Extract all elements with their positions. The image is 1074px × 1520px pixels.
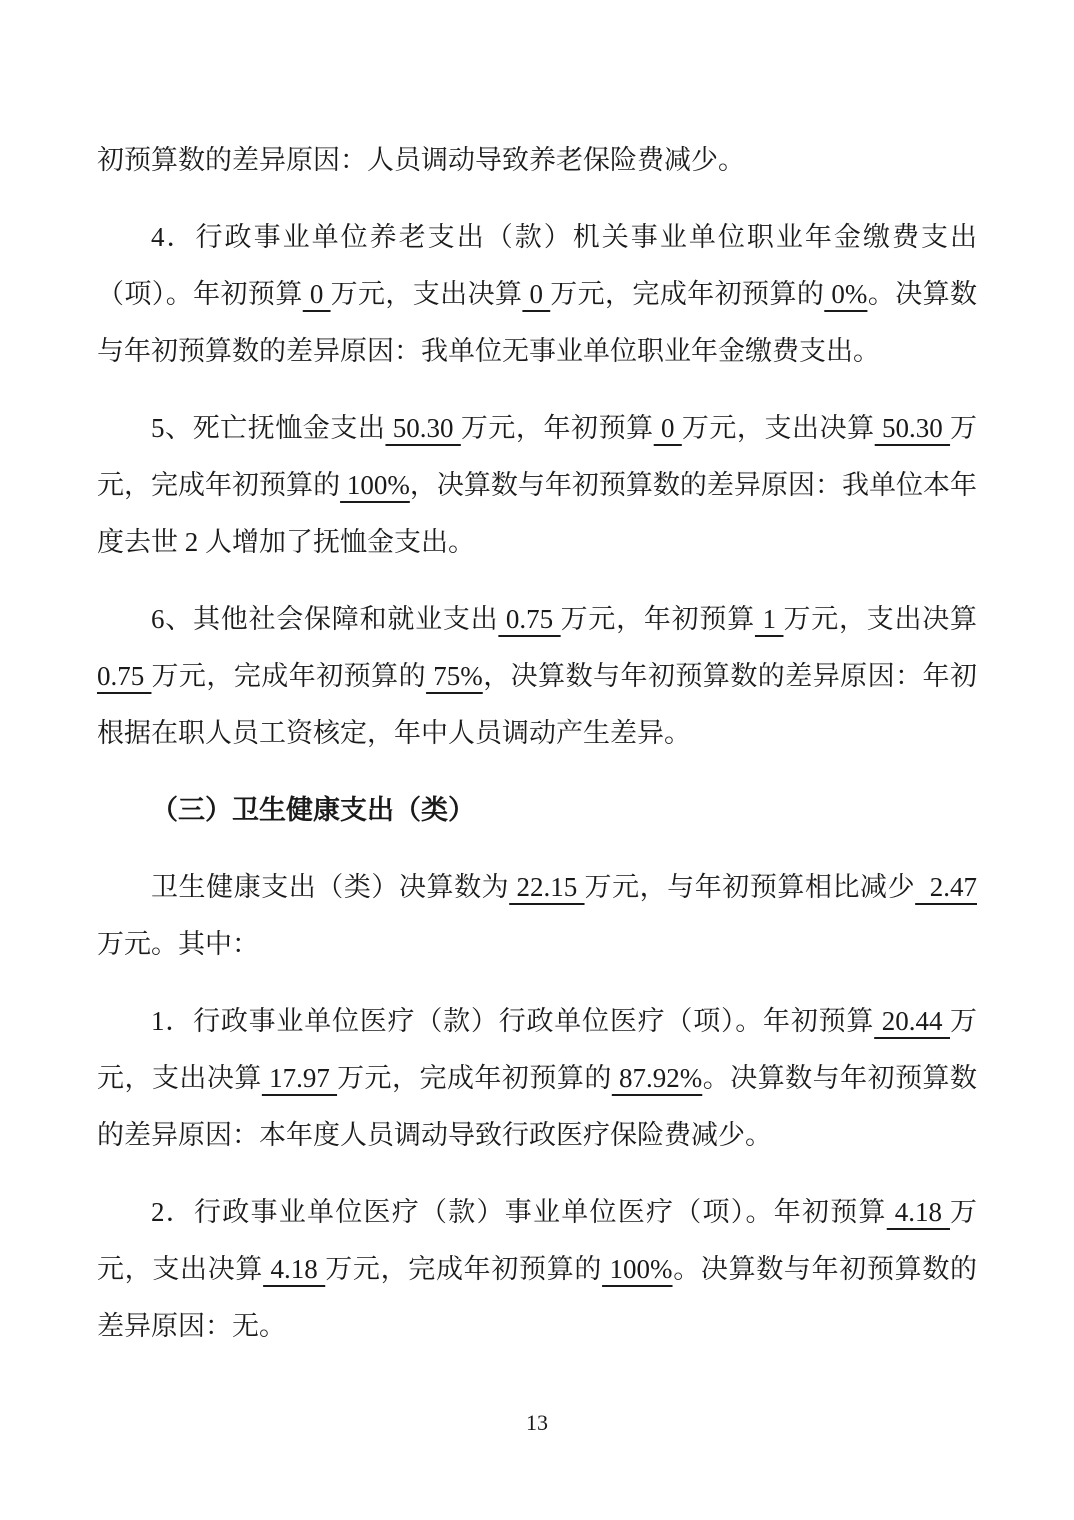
text-run: 万元，支出决算: [783, 604, 977, 634]
item-2-institution-unit-medical: 2．行政事业单位医疗（款）事业单位医疗（项）。年初预算 4.18 万元，支出决算…: [97, 1184, 977, 1355]
item-4-occupational-annuity: 4．行政事业单位养老支出（款）机关事业单位职业年金缴费支出（项）。年初预算 0 …: [97, 209, 977, 380]
underlined-value: 100%: [602, 1254, 672, 1284]
text-run: 5、死亡抚恤金支出: [151, 413, 385, 443]
item-1-admin-unit-medical: 1．行政事业单位医疗（款）行政单位医疗（项）。年初预算 20.44 万元，支出决…: [97, 993, 977, 1164]
text-run: 万元，年初预算: [561, 604, 755, 634]
underlined-value: 50.30: [385, 413, 460, 443]
text-run: 6、其他社会保障和就业支出: [151, 604, 498, 634]
section-3-health-expenditure-heading: （三）卫生健康支出（类）: [97, 782, 977, 839]
underlined-value: 75%: [426, 661, 483, 691]
text-run: 万元。其中：: [97, 929, 259, 959]
text-run: 万元，支出决算: [682, 413, 875, 443]
text-run: 初预算数的差异原因：人员调动导致养老保险费减少。: [97, 145, 745, 175]
text-run: 万元，完成年初预算的: [151, 661, 426, 691]
text-run: （三）卫生健康支出（类）: [151, 795, 475, 825]
underlined-value: 0.75: [498, 604, 560, 634]
underlined-value: 100%: [340, 470, 410, 500]
text-run: 卫生健康支出（类）决算数为: [151, 872, 509, 902]
underlined-value: 2.47: [915, 872, 977, 902]
underlined-value: 4.18: [263, 1254, 325, 1284]
text-run: 万元，与年初预算相比减少: [585, 872, 916, 902]
underlined-value: 0%: [824, 279, 867, 309]
text-run: 1．行政事业单位医疗（款）行政单位医疗（项）。年初预算: [151, 1006, 874, 1036]
item-5-death-compensation: 5、死亡抚恤金支出 50.30 万元，年初预算 0 万元，支出决算 50.30 …: [97, 400, 977, 571]
page-body-text: 初预算数的差异原因：人员调动导致养老保险费减少。4．行政事业单位养老支出（款）机…: [97, 132, 977, 1355]
underlined-value: 17.97: [262, 1063, 337, 1093]
text-run: 万元，完成年初预算的: [325, 1254, 602, 1284]
item-6-other-social-security: 6、其他社会保障和就业支出 0.75 万元，年初预算 1 万元，支出决算 0.7…: [97, 591, 977, 762]
underlined-value: 87.92%: [612, 1063, 702, 1093]
text-run: 万元，年初预算: [461, 413, 654, 443]
underlined-value: 4.18: [887, 1197, 950, 1227]
underlined-value: 0: [303, 279, 331, 309]
document-page: 初预算数的差异原因：人员调动导致养老保险费减少。4．行政事业单位养老支出（款）机…: [0, 0, 1074, 1520]
text-run: 万元，完成年初预算的: [550, 279, 824, 309]
underlined-value: 0.75: [97, 661, 151, 691]
text-run: 万元，支出决算: [331, 279, 523, 309]
pension-diff-reason-continuation: 初预算数的差异原因：人员调动导致养老保险费减少。: [97, 132, 977, 189]
underlined-value: 50.30: [875, 413, 950, 443]
underlined-value: 1: [755, 604, 784, 634]
underlined-value: 0: [522, 279, 550, 309]
underlined-value: 0: [654, 413, 682, 443]
text-run: 2．行政事业单位医疗（款）事业单位医疗（项）。年初预算: [151, 1197, 887, 1227]
underlined-value: 22.15: [509, 872, 584, 902]
page-number: 13: [526, 1410, 548, 1435]
text-run: 万元，完成年初预算的: [337, 1063, 612, 1093]
health-expenditure-summary: 卫生健康支出（类）决算数为 22.15 万元，与年初预算相比减少 2.47 万元…: [97, 859, 977, 973]
page-footer: 13: [0, 1408, 1074, 1438]
underlined-value: 20.44: [874, 1006, 950, 1036]
